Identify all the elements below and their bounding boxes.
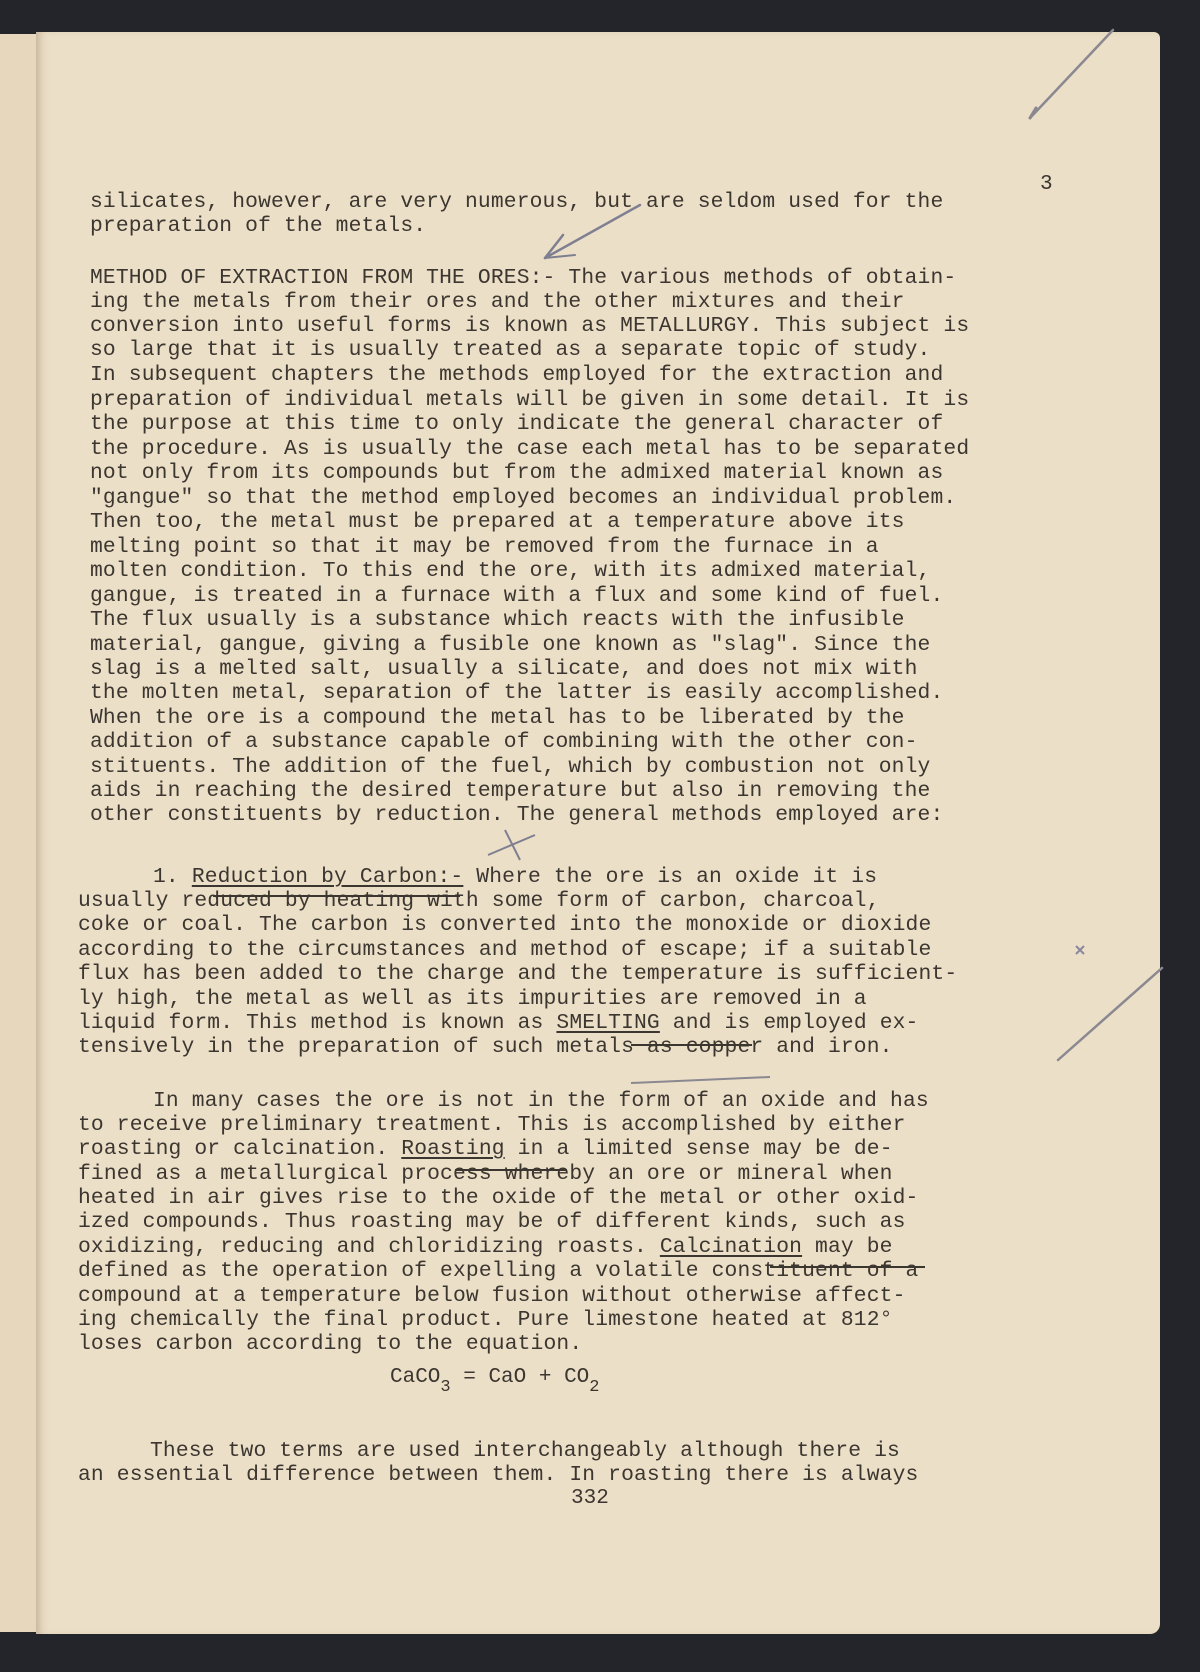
text-line: ing the metals from their ores and the o… [90,290,905,314]
text-line: defined as the operation of expelling a … [78,1259,918,1283]
list-item-heading: Reduction by Carbon:- [192,865,464,889]
text-line: aids in reaching the desired temperature… [90,779,930,803]
text-line: material, gangue, giving a fusible one k… [90,633,930,657]
text-fragment: roasting or calcination. [78,1137,401,1161]
equation-operator: + [526,1366,564,1389]
text-line: an essential difference between them. In… [78,1463,918,1487]
text-fragment: in a limited sense may be de- [505,1137,893,1161]
text-fragment: and is employed ex- [660,1011,919,1035]
text-line: not only from its compounds but from the… [90,461,943,485]
text-line: the molten metal, separation of the latt… [90,681,943,705]
text-line: preparation of individual metals will be… [90,388,969,412]
page-number-bottom: 332 [571,1487,609,1510]
text-line: conversion into useful forms is known as… [90,314,969,338]
list-item-number: 1. [153,865,179,889]
equation-product: CO [564,1366,589,1389]
text-line: oxidizing, reducing and chloridizing roa… [78,1235,893,1259]
text-line: heated in air gives rise to the oxide of… [78,1186,918,1210]
text-line: fined as a metallurgical process whereby… [78,1162,893,1186]
text-line: gangue, is treated in a furnace with a f… [90,584,943,608]
text-line: "gangue" so that the method employed bec… [90,486,956,510]
equation-product: CaO [488,1366,526,1389]
text-line: loses carbon according to the equation. [78,1332,582,1356]
text-line: ized compounds. Thus roasting may be of … [78,1210,906,1234]
text-line: ly high, the metal as well as its impuri… [78,987,867,1011]
text-line: When the ore is a compound the metal has… [90,706,905,730]
text-line: molten condition. To this end the ore, w… [90,559,930,583]
text-fragment: oxidizing, reducing and chloridizing roa… [78,1235,660,1259]
list-item-heading-line: 1. Reduction by Carbon:- Where the ore i… [153,865,877,889]
text-line: stituents. The addition of the fuel, whi… [90,755,930,779]
text-line: the procedure. As is usually the case ea… [90,437,969,461]
page-number-top: 3 [1040,173,1053,196]
equation-operator: = [451,1366,489,1389]
section-heading-line: METHOD OF EXTRACTION FROM THE ORES:- The… [90,266,956,290]
text-line: compound at a temperature below fusion w… [78,1284,906,1308]
text-fragment: liquid form. This method is known as [78,1011,556,1035]
text-fragment: may be [802,1235,893,1259]
text-line: The flux usually is a substance which re… [90,608,905,632]
underlined-term-roasting: Roasting [401,1137,504,1161]
text-line: addition of a substance capable of combi… [90,730,918,754]
text-line: In subsequent chapters the methods emplo… [90,363,943,387]
subscript: 2 [589,1378,599,1397]
underlined-term-smelting: SMELTING [556,1011,659,1035]
text-line: tensively in the preparation of such met… [78,1035,893,1059]
underlined-term-calcination: Calcination [660,1235,802,1259]
text-line: These two terms are used interchangeably… [150,1439,900,1463]
subscript: 3 [440,1378,450,1397]
text-line: flux has been added to the charge and th… [78,962,957,986]
text-line: roasting or calcination. Roasting in a l… [78,1137,893,1161]
text-line: according to the circumstances and metho… [78,938,931,962]
text-line: melting point so that it may be removed … [90,535,879,559]
text-line: so large that it is usually treated as a… [90,338,930,362]
text-line: liquid form. This method is known as SME… [78,1011,918,1035]
equation-reactant: CaCO [390,1366,440,1389]
text-line: other constituents by reduction. The gen… [90,803,943,827]
previous-page-edge [0,34,37,1632]
text-line: the purpose at this time to only indicat… [90,412,943,436]
text-line: usually reduced by heating with some for… [78,889,880,913]
text-line: In many cases the ore is not in the form… [153,1089,929,1113]
text-line: silicates, however, are very numerous, b… [90,190,943,214]
text-line: Then too, the metal must be prepared at … [90,510,905,534]
chemical-equation: CaCO3 = CaO + CO2 [390,1366,599,1397]
text-line: ing chemically the final product. Pure l… [78,1308,893,1332]
text-line: preparation of the metals. [90,214,426,238]
text-fragment: Where the ore is an oxide it is [476,865,877,889]
text-line: to receive preliminary treatment. This i… [78,1113,906,1137]
text-line: slag is a melted salt, usually a silicat… [90,657,918,681]
text-line: coke or coal. The carbon is converted in… [78,913,931,937]
